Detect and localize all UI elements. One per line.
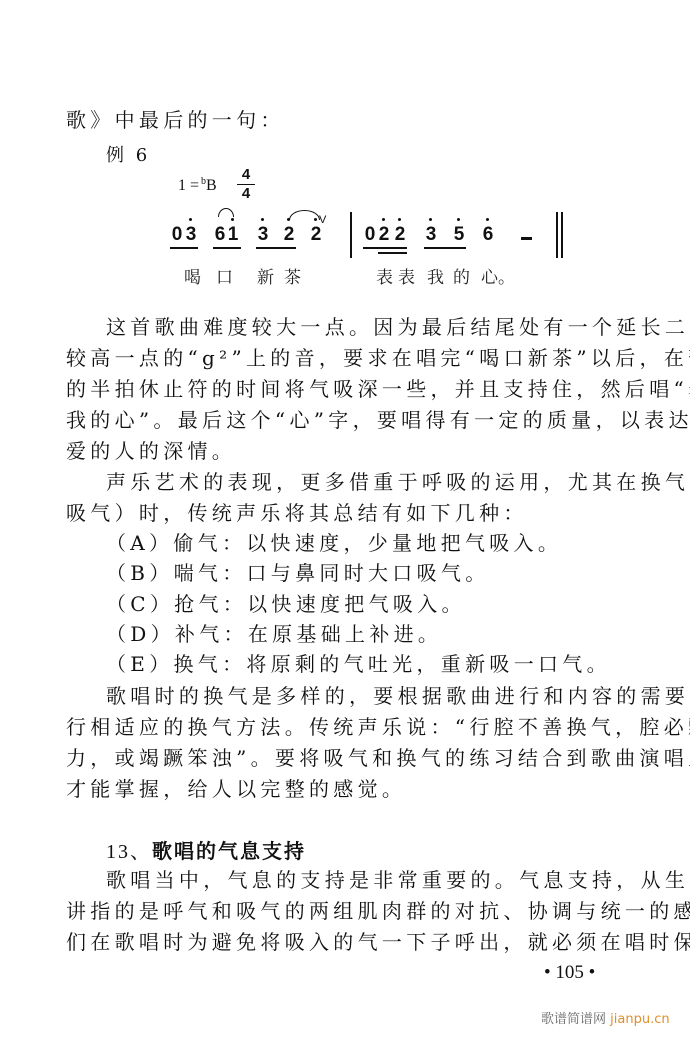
note: 3: [256, 224, 270, 246]
page-number: • 105 •: [544, 962, 595, 984]
key-signature: 1 =bB: [178, 176, 217, 195]
watermark-text: 歌谱简谱网: [541, 1012, 606, 1027]
time-sig-top: 4: [237, 167, 255, 183]
underline: [363, 247, 407, 249]
lyric: 的: [453, 263, 470, 288]
note: 1: [226, 224, 240, 246]
list-item: （D）补气：在原基础上补进。: [106, 622, 442, 646]
octave-dot: [231, 218, 234, 221]
underline: [256, 247, 296, 249]
watermark: 歌谱简谱网 jianpu.cn: [541, 1008, 670, 1027]
lyric: 喝: [184, 263, 201, 288]
lyric: 我: [427, 263, 444, 288]
note: 6: [213, 224, 227, 246]
text-line: 这首歌曲难度较大一点。因为最后结尾处有一个延长二拍的: [106, 315, 690, 339]
underline: [424, 247, 466, 249]
section-title-text: 歌唱的气息支持: [152, 839, 306, 863]
lyric: 口: [216, 263, 233, 288]
octave-dot: [189, 218, 192, 221]
octave-dot: [457, 218, 460, 221]
note: 2: [377, 224, 391, 246]
list-item: （B）喘气：口与鼻同时大口吸气。: [106, 561, 490, 585]
octave-dot: [398, 218, 401, 221]
final-barline-thick: [561, 212, 563, 258]
text-line: 行相适应的换气方法。传统声乐说：“行腔不善换气，腔必飘忽无: [66, 715, 690, 739]
lyric: 表: [398, 263, 415, 288]
text-line: 讲指的是呼气和吸气的两组肌肉群的对抗、协调与统一的感觉。我: [66, 899, 690, 923]
note: 5: [452, 224, 466, 246]
section-heading: 13、歌唱的气息支持: [106, 835, 306, 864]
text-line: 声乐艺术的表现，更多借重于呼吸的运用，尤其在换气（即: [106, 470, 690, 494]
text-line: 歌唱时的换气是多样的，要根据歌曲进行和内容的需要而进: [106, 684, 690, 708]
lyric: 新: [257, 263, 274, 288]
watermark-url: jianpu.cn: [610, 1012, 669, 1027]
text-line: 们在歌唱时为避免将吸入的气一下子呼出，就必须在唱时保持一: [66, 930, 690, 954]
section-number: 13、: [106, 841, 152, 863]
final-barline-thin: [556, 212, 558, 258]
note: 3: [184, 224, 198, 246]
note: 0: [363, 224, 377, 246]
note: 0: [170, 224, 184, 246]
note: 2: [309, 224, 323, 246]
tie-slur: [289, 210, 320, 220]
text-line: 才能掌握，给人以完整的感觉。: [66, 777, 406, 801]
text-line: 力，或竭蹶笨浊”。要将吸气和换气的练习结合到歌曲演唱上运用: [66, 746, 690, 770]
underline: [170, 247, 198, 249]
note: 2: [393, 224, 407, 246]
note: 6: [481, 224, 495, 246]
note: 2: [282, 224, 296, 246]
breath-mark: V: [319, 214, 326, 226]
list-item: （E）换气：将原剩的气吐光，重新吸一口气。: [106, 652, 611, 676]
example-label: 例 6: [106, 141, 150, 167]
key-prefix: 1 =: [178, 177, 199, 194]
lyric: 表: [376, 263, 393, 288]
text-line: 较高一点的“g²”上的音，要求在唱完“喝口新茶”以后，在暂短: [66, 346, 690, 370]
list-item: （A）偷气：以快速度，少量地把气吸入。: [106, 531, 562, 555]
octave-dot: [261, 218, 264, 221]
text-line: 爱的人的深情。: [66, 439, 236, 463]
intro-line: 歌》中最后的一句：: [66, 108, 285, 132]
sustain-dash: [521, 237, 532, 240]
key-note: B: [206, 177, 217, 194]
text-line: 我的心”。最后这个“心”字，要唱得有一定的质量，以表达对所: [66, 408, 690, 432]
octave-dot: [429, 218, 432, 221]
octave-dot: [382, 218, 385, 221]
underline: [378, 252, 407, 254]
text-line: 吸气）时，传统声乐将其总结有如下几种：: [66, 501, 528, 525]
octave-dot: [486, 218, 489, 221]
note: 3: [424, 224, 438, 246]
tie-slur: [218, 208, 234, 217]
lyric: 心。: [481, 263, 515, 288]
list-item: （C）抢气：以快速度把气吸入。: [106, 592, 466, 616]
time-sig-bottom: 4: [237, 186, 255, 202]
underline: [213, 247, 241, 249]
text-line: 歌唱当中，气息的支持是非常重要的。气息支持，从生理上: [106, 868, 690, 892]
text-line: 的半拍休止符的时间将气吸深一些，并且支持住，然后唱“表表: [66, 377, 690, 401]
time-signature: 4 4: [237, 167, 255, 202]
barline: [350, 212, 352, 258]
lyric: 茶: [284, 263, 301, 288]
